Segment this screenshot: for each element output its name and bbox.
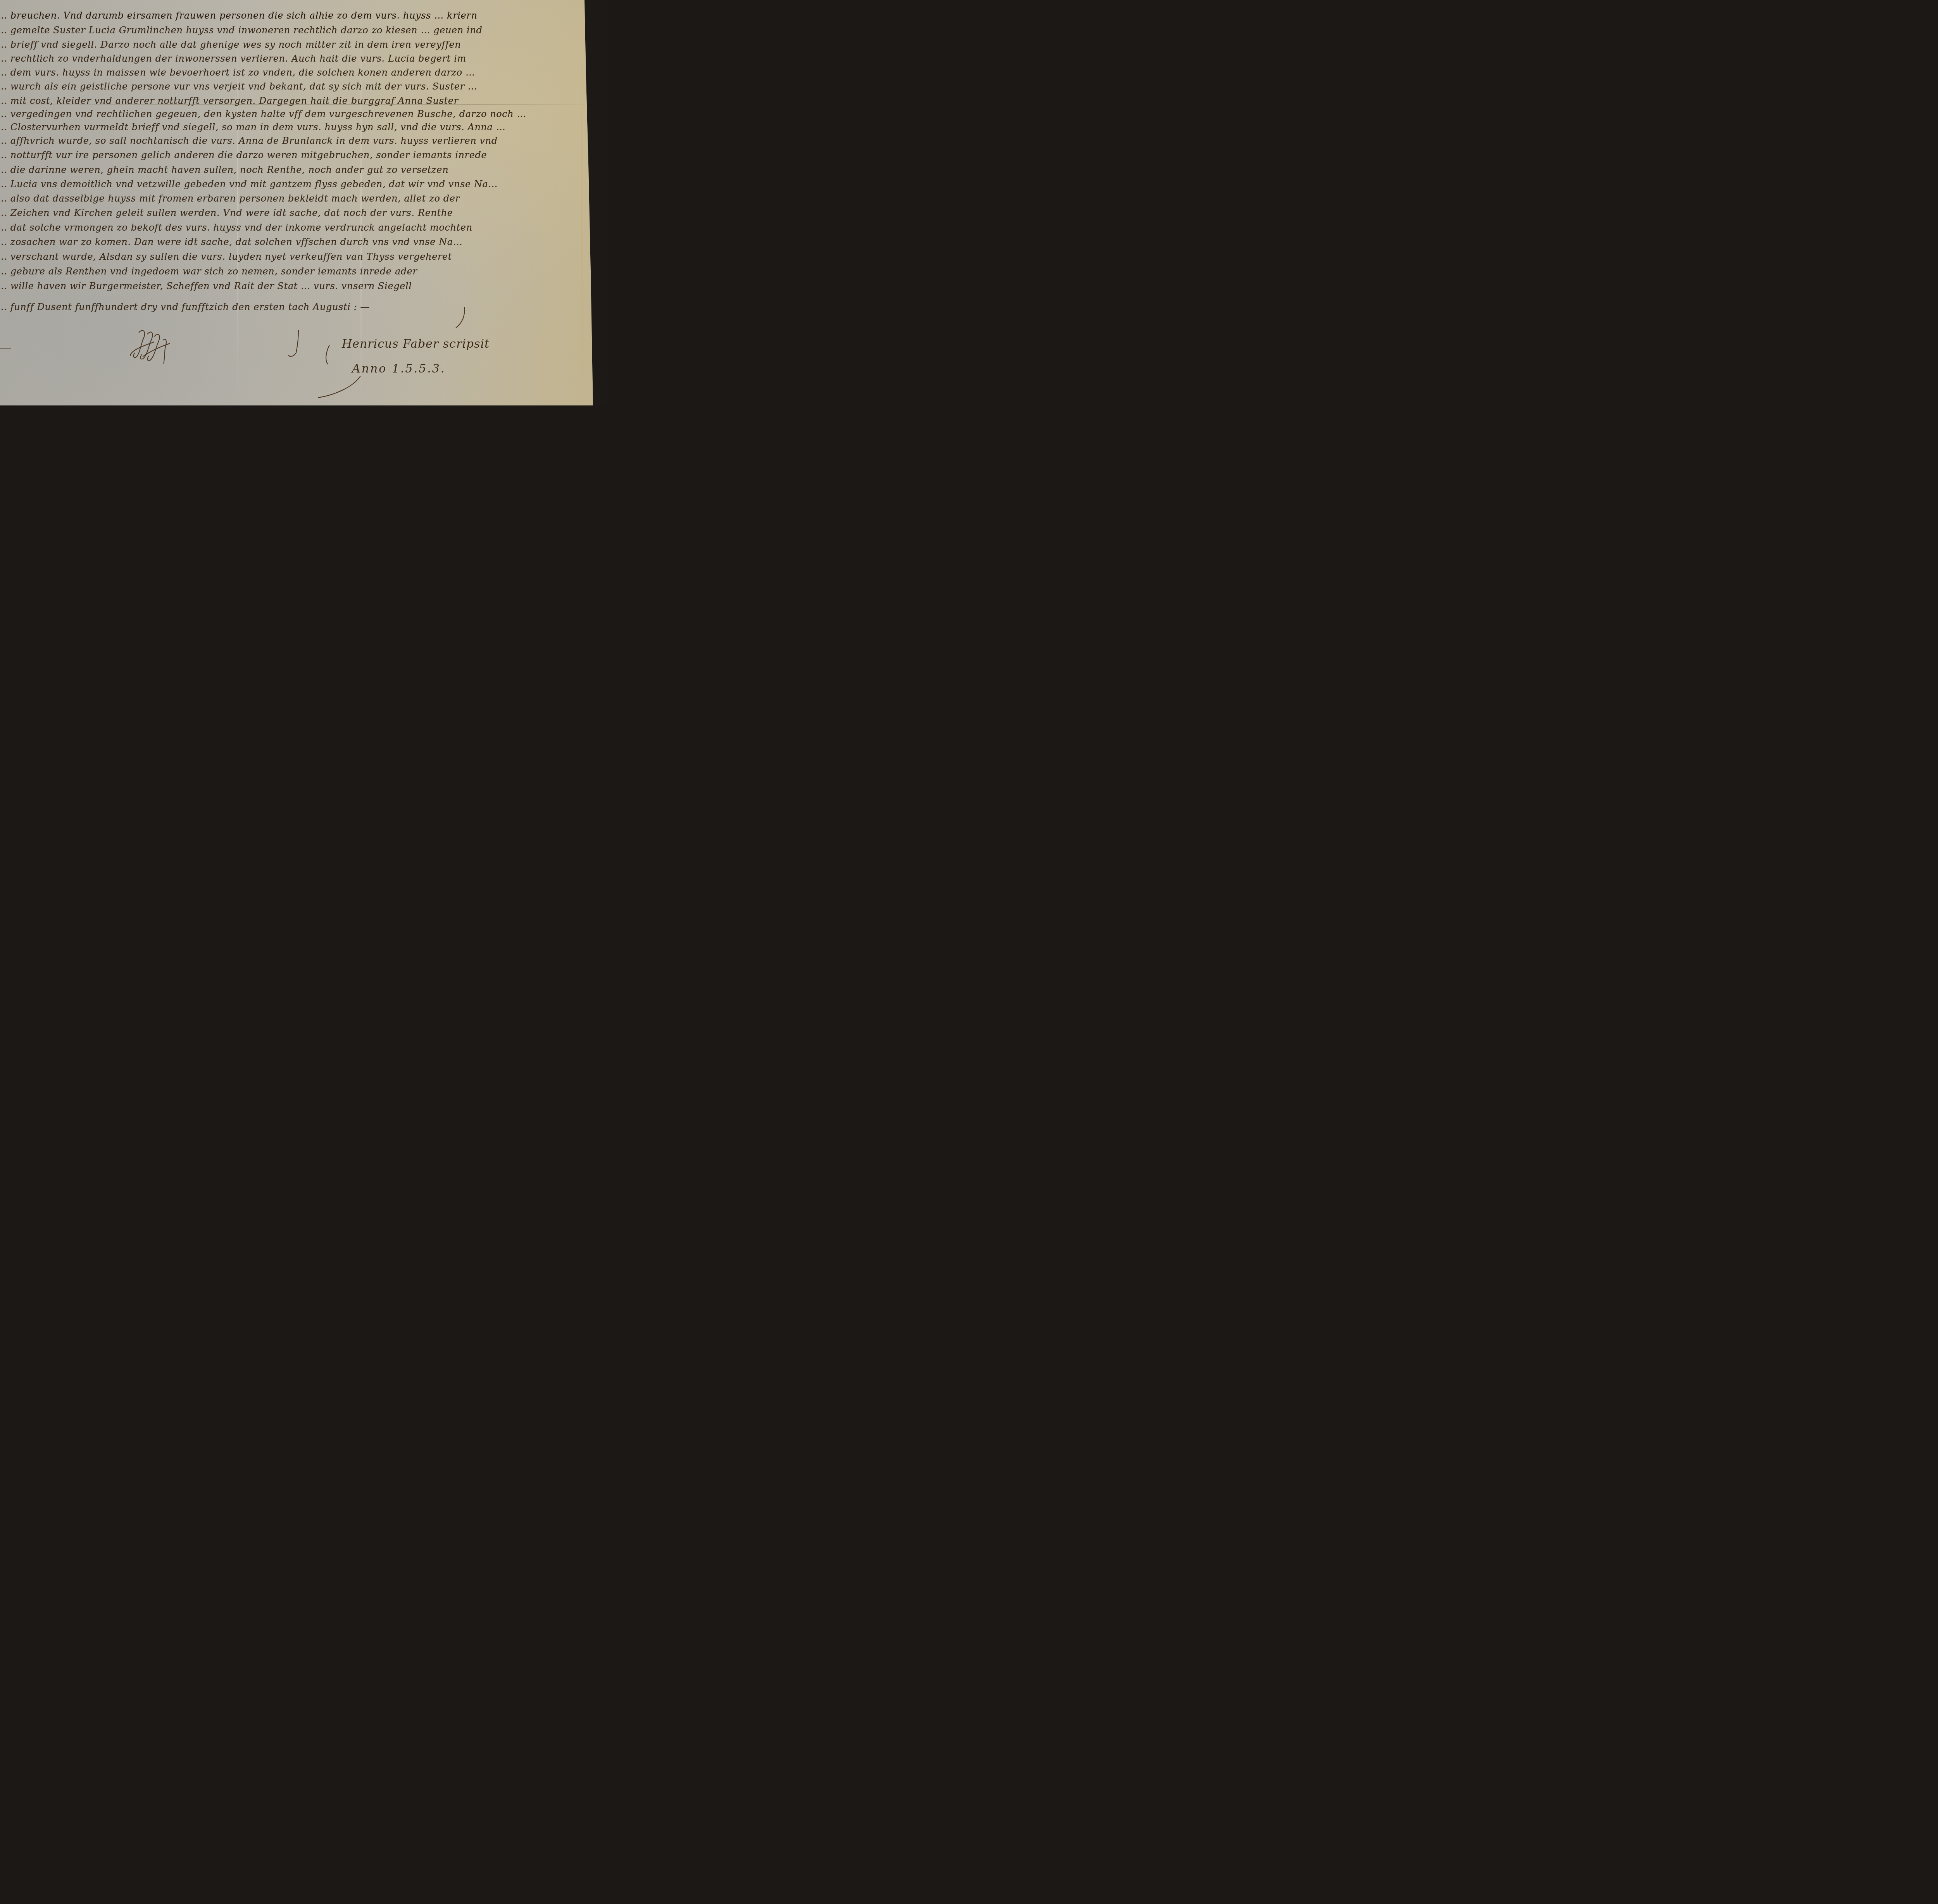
manuscript-line: … mit cost, kleider vnd anderer notturff… (0, 95, 459, 106)
notarial-paraph-icon (127, 329, 174, 364)
manuscript-line: … notturfft vur ire personen gelich ande… (0, 150, 487, 160)
closing-flourish-icon (453, 306, 469, 329)
manuscript-line: … breuchen. Vnd darumb eirsamen frauwen … (0, 10, 477, 21)
signature-name: Henricus Faber scripsit (342, 337, 490, 351)
manuscript-line: … gebure als Renthen vnd ingedoem war si… (0, 266, 417, 277)
manuscript-line: … Zeichen vnd Kirchen geleit sullen werd… (0, 207, 453, 218)
manuscript-line: … vergedingen vnd rechtlichen gegeuen, d… (0, 109, 526, 119)
manuscript-line: … Clostervurhen vurmeldt brieff vnd sieg… (0, 122, 505, 133)
manuscript-line: … wurch als ein geistliche persone vur v… (0, 81, 477, 92)
signature-year: Anno 1.5.5.3. (352, 362, 445, 376)
notary-sign-mark-icon (287, 329, 310, 360)
manuscript-line: … affhvrich wurde, so sall nochtanisch d… (0, 135, 498, 146)
manuscript-line: … dem vurs. huyss in maissen wie bevoerh… (0, 67, 475, 78)
manuscript-line: … brieff vnd siegell. Darzo noch alle da… (0, 39, 461, 50)
manuscript-line: … wille haven wir Burgermeister, Scheffe… (0, 281, 412, 291)
manuscript-line: … Lucia vns demoitlich vnd vetzwille geb… (0, 179, 498, 190)
manuscript-line: … rechtlich zo vnderhaldungen der inwone… (0, 53, 466, 64)
manuscript-line: … also dat dasselbige huyss mit fromen e… (0, 193, 460, 204)
parchment-sheet: … breuchen. Vnd darumb eirsamen frauwen … (0, 0, 593, 405)
manuscript-line: … verschant wurde, Alsdan sy sullen die … (0, 251, 452, 262)
edge-stain (581, 0, 583, 405)
manuscript-line: … gemelte Suster Lucia Grumlinchen huyss… (0, 25, 482, 36)
manuscript-line: … zosachen war zo komen. Dan were idt sa… (0, 236, 462, 247)
notary-signature: Henricus Faber scripsit Anno 1.5.5.3. (333, 333, 465, 391)
manuscript-line: … dat solche vrmongen zo bekoft des vurs… (0, 222, 472, 233)
manuscript-line: … funff Dusent funffhundert dry vnd funf… (0, 302, 370, 312)
margin-rule-mark (0, 348, 11, 348)
manuscript-line: … die darinne weren, ghein macht haven s… (0, 164, 448, 175)
